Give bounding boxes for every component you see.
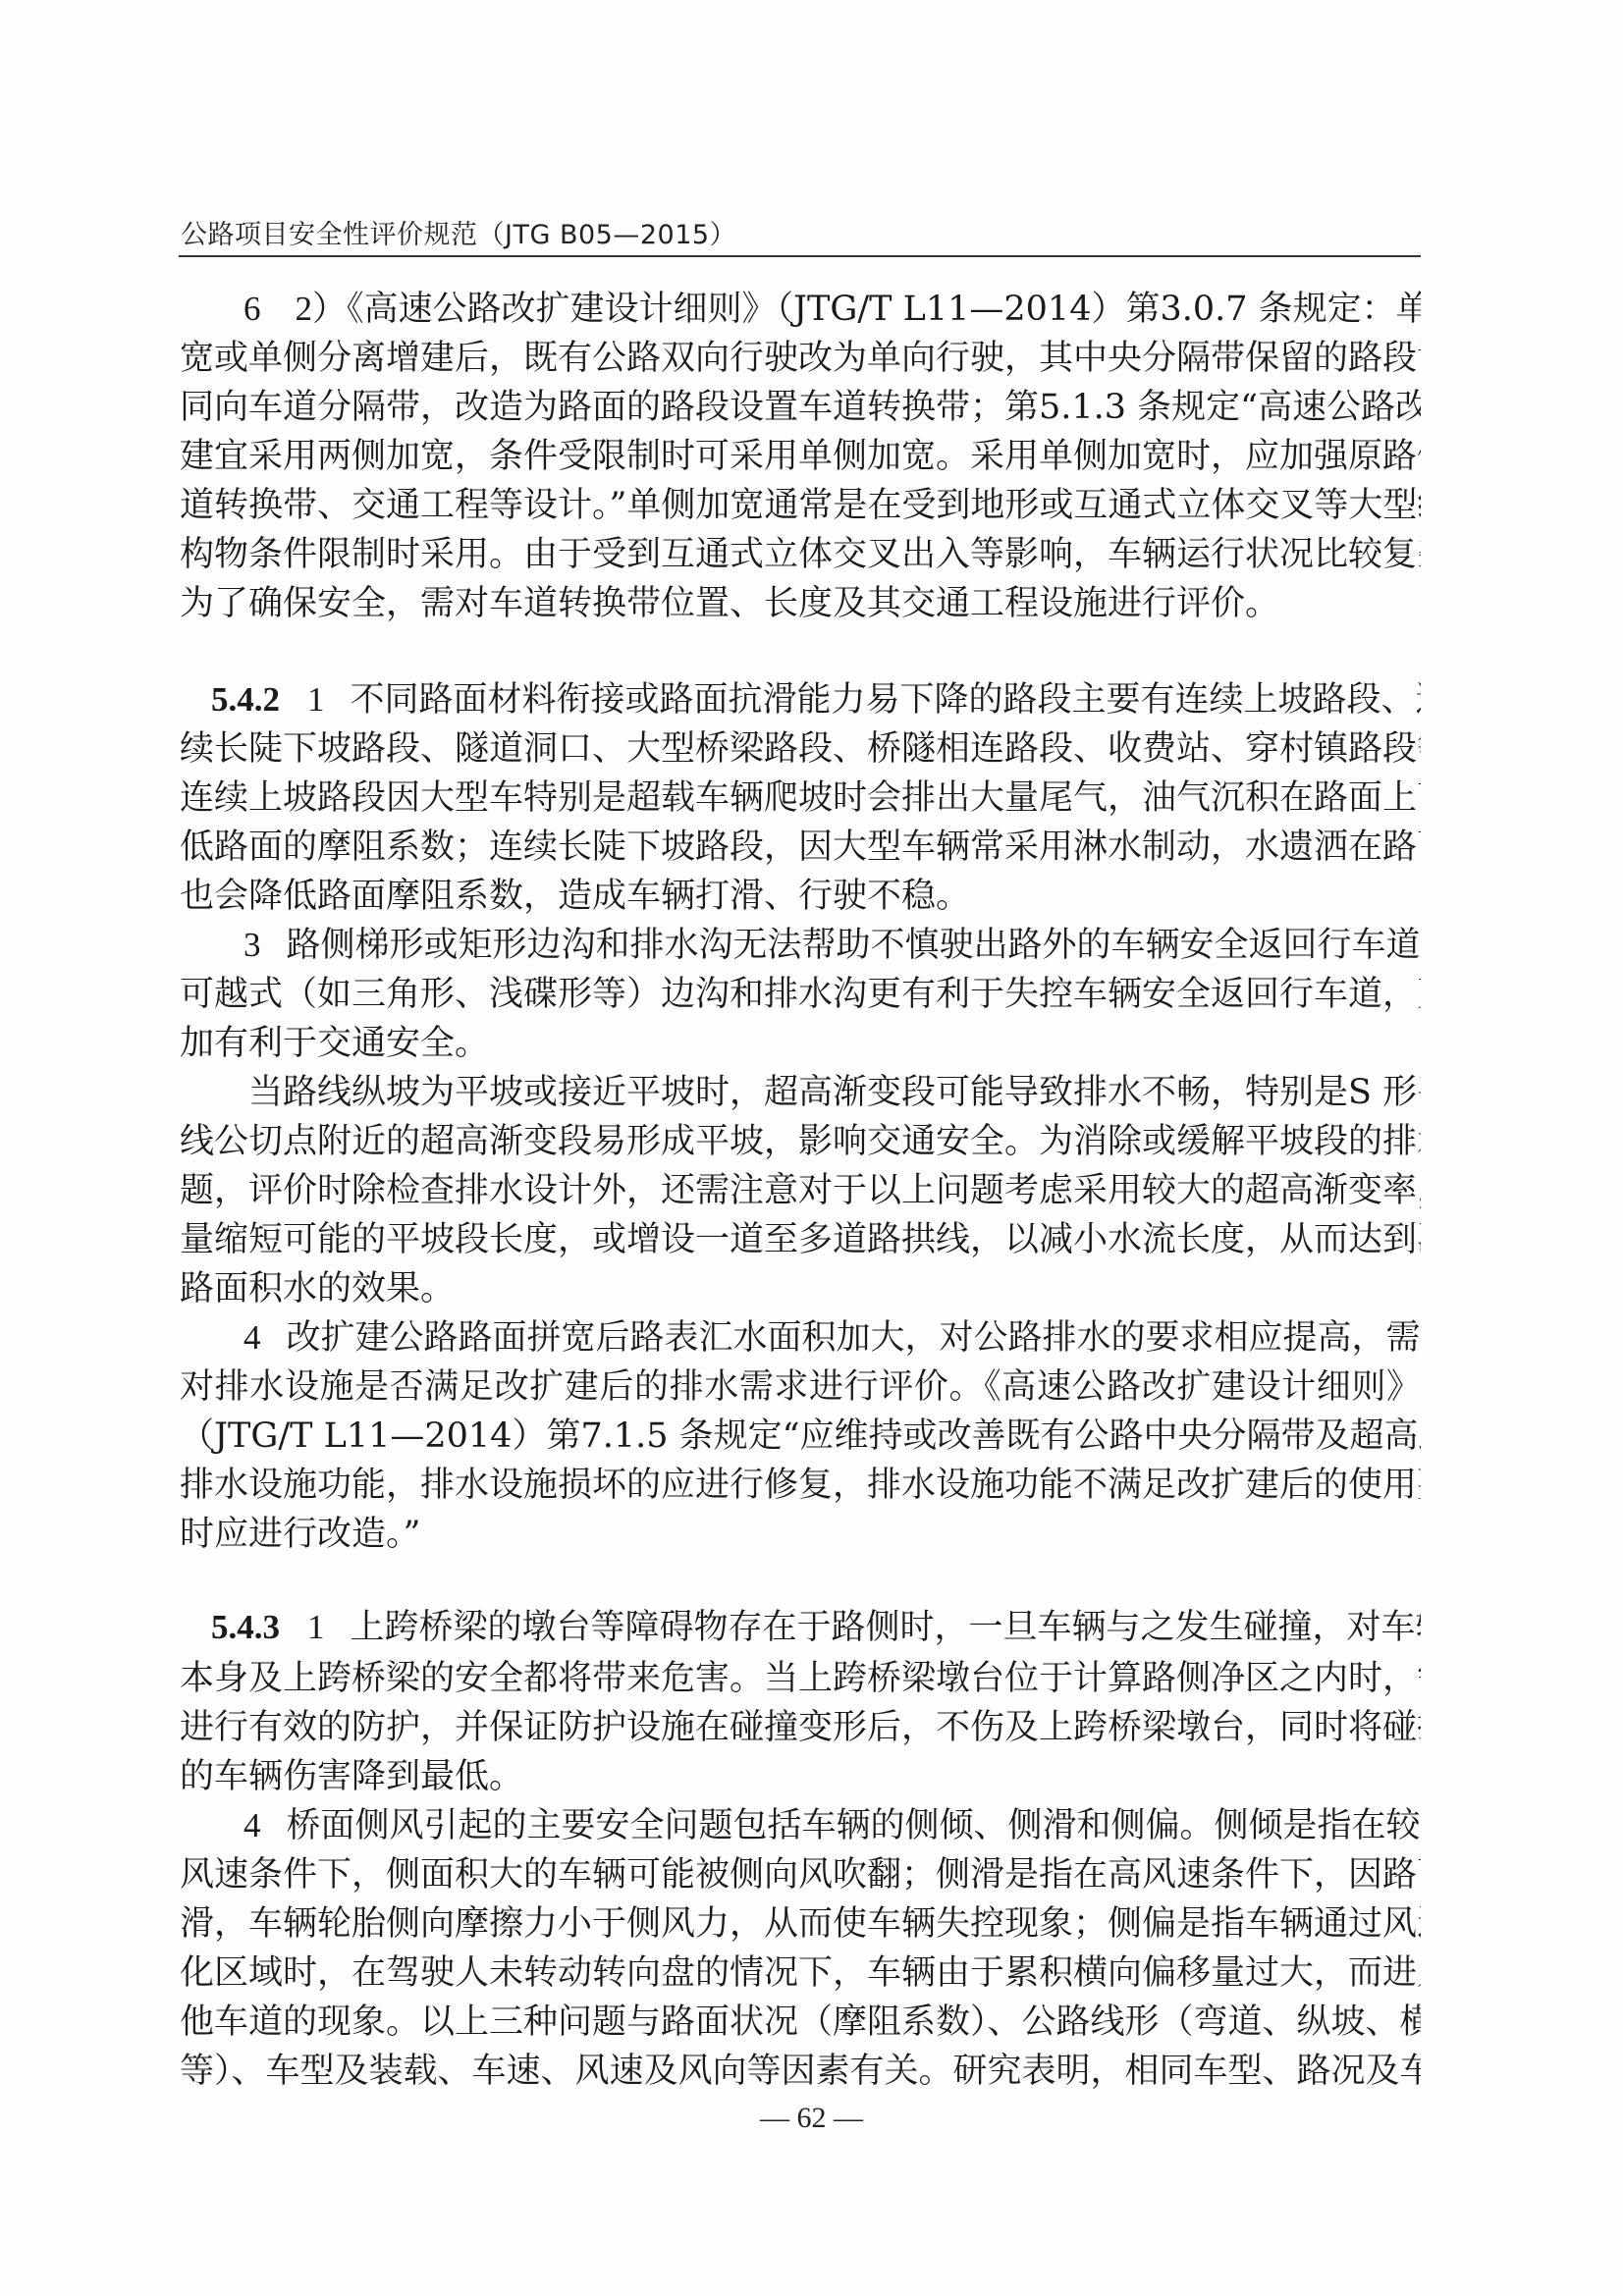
- paragraph-line: 也会降低路面摩阻系数，造成车辆打滑、行驶不稳。: [180, 872, 1421, 921]
- paragraph-line: 4改扩建公路路面拼宽后路表汇水面积加大，对公路排水的要求相应提高，需要: [243, 1313, 1421, 1362]
- paragraph-line: 4桥面侧风引起的主要安全问题包括车辆的侧倾、侧滑和侧偏。侧倾是指在较高: [243, 1801, 1421, 1850]
- paragraph-line: （JTG/T L11—2014）第7.1.5 条规定“应维持或改善既有公路中央分…: [180, 1412, 1421, 1461]
- paragraph-line: 宽或单侧分离增建后，既有公路双向行驶改为单向行驶，其中央分隔带保留的路段设置: [180, 334, 1421, 383]
- paragraph-line: 构物条件限制时采用。由于受到互通式立体交叉出入等影响，车辆运行状况比较复杂，: [180, 530, 1421, 579]
- paragraph-line: 进行有效的防护，并保证防护设施在碰撞变形后，不伤及上跨桥梁墩台，同时将碰撞后: [180, 1703, 1421, 1752]
- section-number: 5.4.3: [211, 1608, 280, 1646]
- paragraph-line: 等）、车型及装载、车速、风速及风向等因素有关。研究表明，相同车型、路况及车速: [180, 2047, 1421, 2096]
- paragraph-line: 连续上坡路段因大型车特别是超载车辆爬坡时会排出大量尾气，油气沉积在路面上而降: [180, 774, 1421, 823]
- item-number: 1: [307, 680, 325, 719]
- paragraph-line: 风速条件下，侧面积大的车辆可能被侧向风吹翻；侧滑是指在高风速条件下，因路面湿: [180, 1850, 1421, 1899]
- item-number: 6 2）: [243, 290, 347, 328]
- paragraph-line: 的车辆伤害降到最低。: [180, 1752, 1421, 1801]
- section-line: 5.4.21不同路面材料衔接或路面抗滑能力易下降的路段主要有连续上坡路段、连: [211, 675, 1421, 724]
- paragraph-line: 续长陡下坡路段、隧道洞口、大型桥梁路段、桥隧相连路段、收费站、穿村镇路段等。: [180, 724, 1421, 774]
- section-line: 5.4.31上跨桥梁的墩台等障碍物存在于路侧时，一旦车辆与之发生碰撞，对车辆: [211, 1603, 1421, 1652]
- item-number: 3: [243, 926, 261, 964]
- paragraph-line: 可越式（如三角形、浅碟形等）边沟和排水沟更有利于失控车辆安全返回行车道，更: [180, 970, 1421, 1019]
- paragraph-line: 6 2）《高速公路改扩建设计细则》（JTG/T L11—2014）第3.0.7 …: [243, 285, 1421, 334]
- paragraph-line: 3路侧梯形或矩形边沟和排水沟无法帮助不慎驶出路外的车辆安全返回行车道。: [243, 921, 1421, 970]
- item-number: 4: [243, 1318, 261, 1357]
- paragraph-line: 题，评价时除检查排水设计外，还需注意对于以上问题考虑采用较大的超高渐变率，尽: [180, 1166, 1421, 1215]
- page-number: — 62 —: [0, 2101, 1623, 2136]
- item-number: 1: [307, 1608, 325, 1646]
- item-number: 4: [243, 1806, 261, 1844]
- paragraph-line: 量缩短可能的平坡段长度，或增设一道至多道路拱线，以减小水流长度，从而达到减少: [180, 1215, 1421, 1264]
- paragraph-line: 道转换带、交通工程等设计。”单侧加宽通常是在受到地形或互通式立体交叉等大型结: [180, 481, 1421, 530]
- document-page: 公路项目安全性评价规范（JTG B05—2015） 6 2）《高速公路改扩建设计…: [0, 0, 1623, 2296]
- paragraph-line: 为了确保安全，需对车道转换带位置、长度及其交通工程设施进行评价。: [180, 579, 1421, 628]
- paragraph-line: 他车道的现象。以上三种问题与路面状况（摩阻系数）、公路线形（弯道、纵坡、横坡: [180, 1998, 1421, 2047]
- running-header-title: 公路项目安全性评价规范（JTG B05—2015）: [181, 218, 736, 253]
- paragraph-line: 本身及上跨桥梁的安全都将带来危害。当上跨桥梁墩台位于计算路侧净区之内时，需要: [180, 1654, 1421, 1703]
- paragraph-line: 对排水设施是否满足改扩建后的排水需求进行评价。《高速公路改扩建设计细则》: [180, 1362, 1421, 1412]
- paragraph-line: 同向车道分隔带，改造为路面的路段设置车道转换带；第5.1.3 条规定“高速公路改…: [180, 383, 1421, 432]
- paragraph-line: 化区域时，在驾驶人未转动转向盘的情况下，车辆由于累积横向偏移量过大，而进入其: [180, 1949, 1421, 1998]
- paragraph-line: 滑，车辆轮胎侧向摩擦力小于侧风力，从而使车辆失控现象；侧偏是指车辆通过风速变: [180, 1899, 1421, 1949]
- paragraph-line: 排水设施功能，排水设施损坏的应进行修复，排水设施功能不满足改扩建后的使用要求: [180, 1461, 1421, 1510]
- paragraph-line: 时应进行改造。”: [180, 1510, 1421, 1559]
- paragraph-line: 路面积水的效果。: [180, 1264, 1421, 1313]
- section-number: 5.4.2: [211, 680, 280, 719]
- paragraph-line: 线公切点附近的超高渐变段易形成平坡，影响交通安全。为消除或缓解平坡段的排水问: [180, 1117, 1421, 1166]
- paragraph-line: 低路面的摩阻系数；连续长陡下坡路段，因大型车辆常采用淋水制动，水遗洒在路面上: [180, 823, 1421, 872]
- paragraph-line: 当路线纵坡为平坡或接近平坡时，超高渐变段可能导致排水不畅，特别是S 形平曲: [248, 1068, 1421, 1117]
- paragraph-line: 加有利于交通安全。: [180, 1019, 1421, 1068]
- header-rule: [179, 255, 1421, 257]
- paragraph-line: 建宜采用两侧加宽，条件受限制时可采用单侧加宽。采用单侧加宽时，应加强原路侧车: [180, 432, 1421, 481]
